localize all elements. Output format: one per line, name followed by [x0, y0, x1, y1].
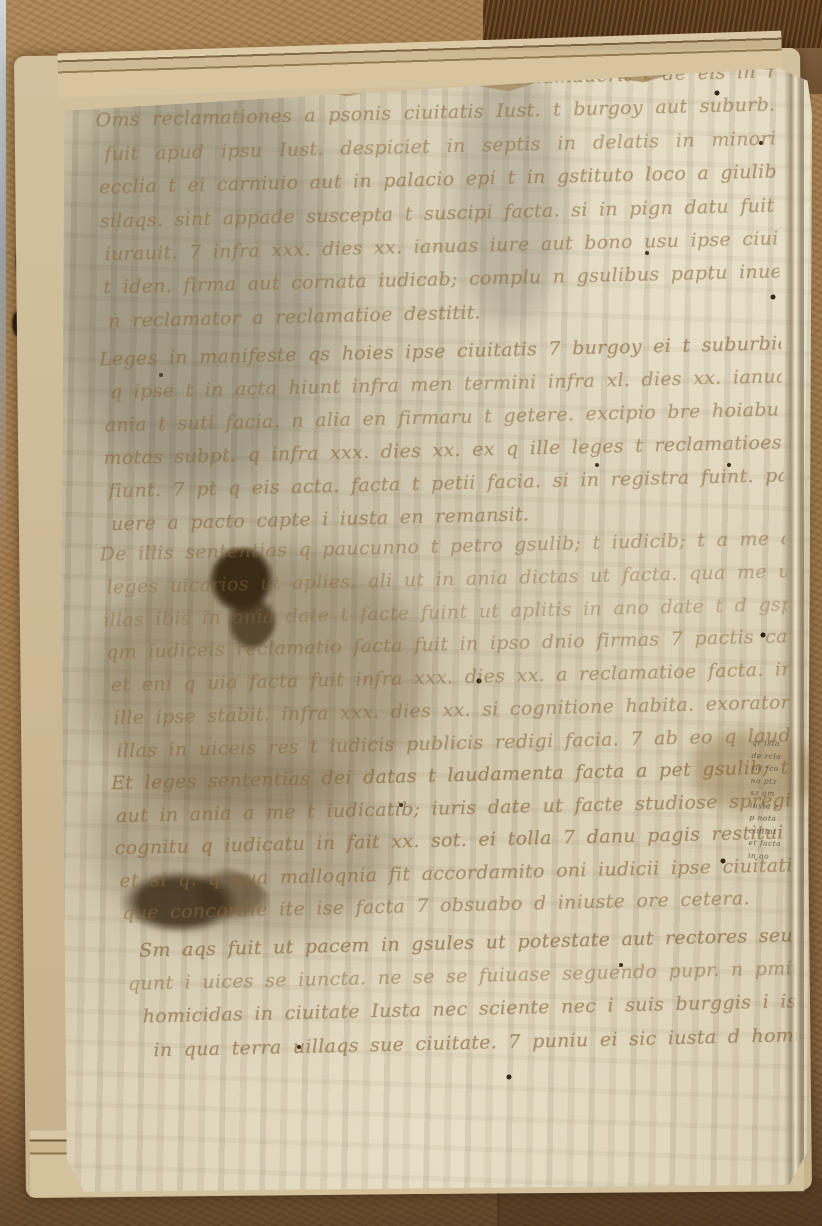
- manuscript-photo: ure capitis obtinebit 7 facta. si ni rec…: [0, 0, 822, 1226]
- manuscript-text-block: ure capitis obtinebit 7 facta. si ni rec…: [46, 36, 822, 1203]
- marginalia-line: in ao: [748, 850, 800, 864]
- marginalia-note: qr istade rclasic fcano ptzsz qmiusta ep…: [748, 737, 804, 864]
- parchment-page: ure capitis obtinebit 7 facta. si ni rec…: [60, 44, 812, 1194]
- ink-specks: [60, 44, 62, 46]
